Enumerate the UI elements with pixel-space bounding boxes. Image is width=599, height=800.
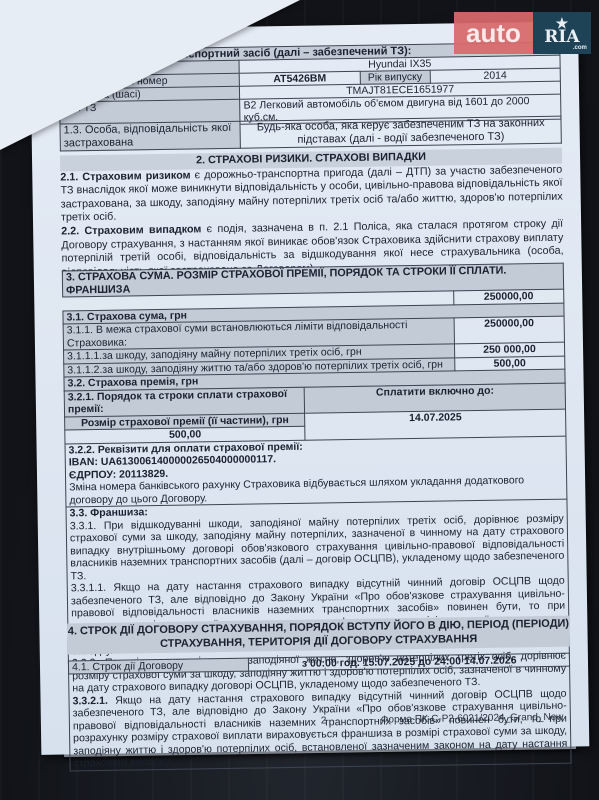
pay-until-value: 14.07.2025 bbox=[305, 409, 566, 440]
vehicle-year-label: Рік випуску bbox=[360, 70, 430, 84]
franchise-health-no-policy: 3.3.2.1. Якщо на дату настання страховог… bbox=[72, 687, 567, 770]
risks-section: 2. СТРАХОВІ РИЗИКИ. СТРАХОВІ ВИПАДКИ 2.1… bbox=[60, 148, 564, 280]
risk-definition-term: 2.1. Страховим ризиком bbox=[60, 169, 190, 183]
franchise-health-no-policy-text: Якщо на дату настання страхового випадку… bbox=[73, 687, 568, 769]
watermark-auto-text: auto bbox=[454, 12, 533, 54]
risk-definition: 2.1. Страховим ризиком є дорожньо-трансп… bbox=[60, 163, 563, 225]
term-section-title: 4. СТРОК ДІЇ ДОГОВОРУ СТРАХУВАННЯ, ПОРЯД… bbox=[67, 616, 569, 655]
sum-premium-table: 3. СТРАХОВА СУМА. РОЗМІР СТРАХОВОЇ ПРЕМІ… bbox=[62, 263, 566, 391]
autoria-watermark: auto ★ RIA .com bbox=[454, 12, 591, 54]
watermark-ria-domain: .com bbox=[573, 44, 587, 52]
payment-order-label: 3.2.1. Порядок та строки сплати страхово… bbox=[64, 387, 305, 417]
watermark-ria-badge: ★ RIA .com bbox=[533, 12, 591, 54]
franchise-health-no-policy-num: 3.3.2.1. bbox=[72, 694, 108, 707]
term-section: 4. СТРОК ДІЇ ДОГОВОРУ СТРАХУВАННЯ, ПОРЯД… bbox=[67, 616, 570, 675]
page-number: 2 bbox=[321, 715, 327, 726]
pay-until-label: Сплатити включно до: bbox=[305, 383, 566, 413]
folded-page-corner bbox=[0, 0, 300, 150]
term-label: 4.1. Строк дії Договору bbox=[68, 658, 249, 674]
insured-event-term: 2.2. Страховим випадком bbox=[61, 223, 201, 237]
sum-premium-section: 3. СТРАХОВА СУМА. РОЗМІР СТРАХОВОЇ ПРЕМІ… bbox=[62, 263, 572, 771]
star-icon: ★ bbox=[533, 0, 591, 49]
limits-total-value: 250000,00 bbox=[454, 316, 565, 344]
requisites-cell: 3.2.2. Реквізити для оплати страхової пр… bbox=[65, 436, 567, 507]
franchise-property: 3.3.1. При відшкодуванні шкоди, заподіян… bbox=[70, 512, 565, 582]
